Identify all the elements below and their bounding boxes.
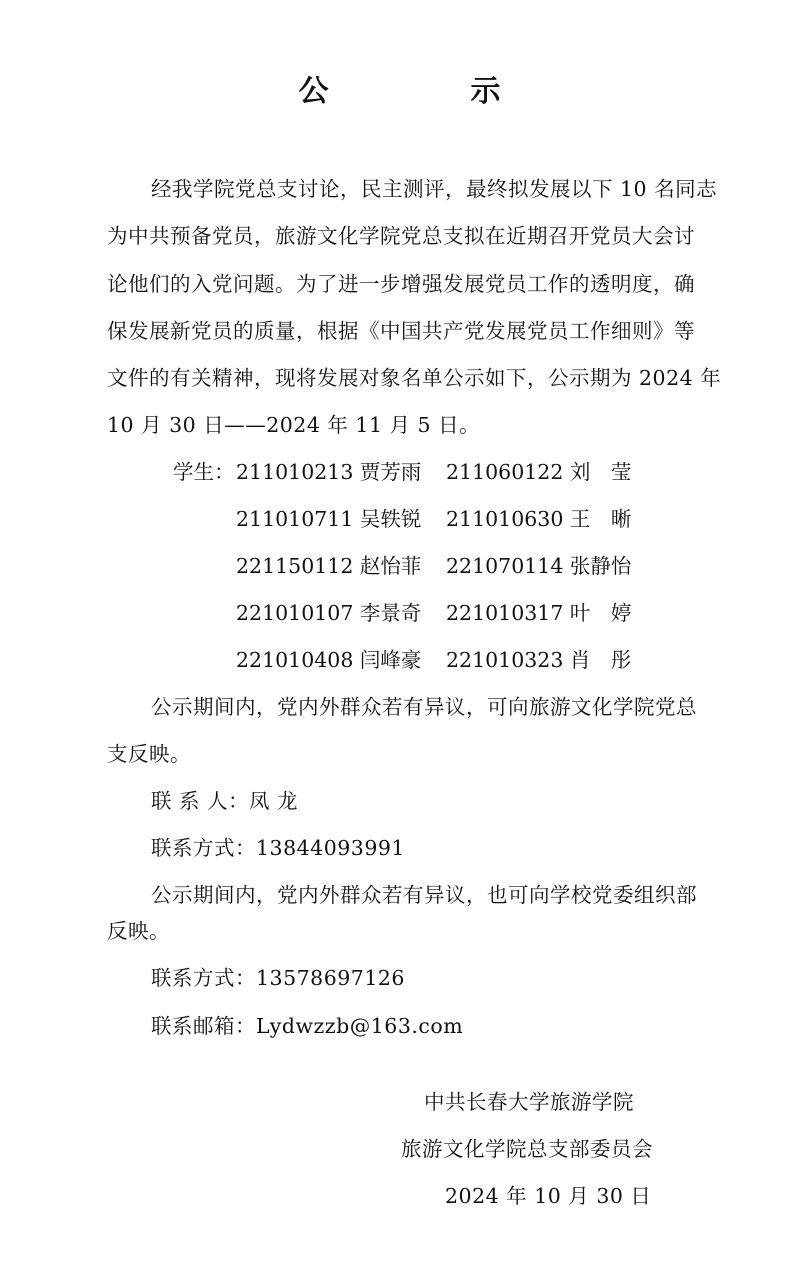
paragraph-line: 为中共预备党员，旅游文化学院党总支拟在近期召开党员大会讨 [107, 219, 695, 249]
paragraph-line: 文件的有关精神，现将发展对象名单公示如下，公示期为 2024 年 [107, 361, 721, 391]
paragraph-line: 10 月 30 日——2024 年 11 月 5 日。 [107, 408, 480, 438]
contact-phone: 联系方式：13578697126 [151, 961, 405, 991]
signature-org: 中共长春大学旅游学院 [424, 1085, 634, 1115]
student-label: 学生： [173, 455, 235, 485]
student-entry: 211010711 吴轶锐 [236, 502, 421, 532]
paragraph-line: 经我学院党总支讨论，民主测评，最终拟发展以下 10 名同志 [151, 172, 717, 202]
student-entry: 211060122 刘 莹 [446, 455, 631, 485]
signature-date: 2024 年 10 月 30 日 [445, 1179, 651, 1209]
contact-person: 联 系 人：凤 龙 [151, 784, 298, 814]
student-entry: 221070114 张静怡 [446, 549, 631, 579]
page-title: 公 示 [0, 66, 799, 110]
objection-line: 公示期间内，党内外群众若有异议，也可向学校党委组织部 [151, 878, 697, 908]
student-entry: 221010408 闫峰豪 [236, 643, 421, 673]
student-entry: 211010630 王 晰 [446, 502, 631, 532]
student-entry: 211010213 贾芳雨 [236, 455, 421, 485]
contact-email: 联系邮箱：Lydwzzb@163.com [151, 1009, 463, 1039]
student-entry: 221010107 李景奇 [236, 596, 421, 626]
paragraph-line: 论他们的入党问题。为了进一步增强发展党员工作的透明度，确 [107, 267, 695, 297]
objection-line: 反映。 [107, 914, 170, 944]
objection-line: 支反映。 [107, 737, 191, 767]
student-entry: 221150112 赵怡菲 [236, 549, 421, 579]
student-entry: 221010317 叶 婷 [446, 596, 631, 626]
signature-committee: 旅游文化学院总支部委员会 [401, 1132, 653, 1162]
objection-line: 公示期间内，党内外群众若有异议，可向旅游文化学院党总 [151, 690, 697, 720]
contact-phone: 联系方式：13844093991 [151, 831, 405, 861]
paragraph-line: 保发展新党员的质量，根据《中国共产党发展党员工作细则》等 [107, 314, 695, 344]
student-entry: 221010323 肖 彤 [446, 643, 631, 673]
